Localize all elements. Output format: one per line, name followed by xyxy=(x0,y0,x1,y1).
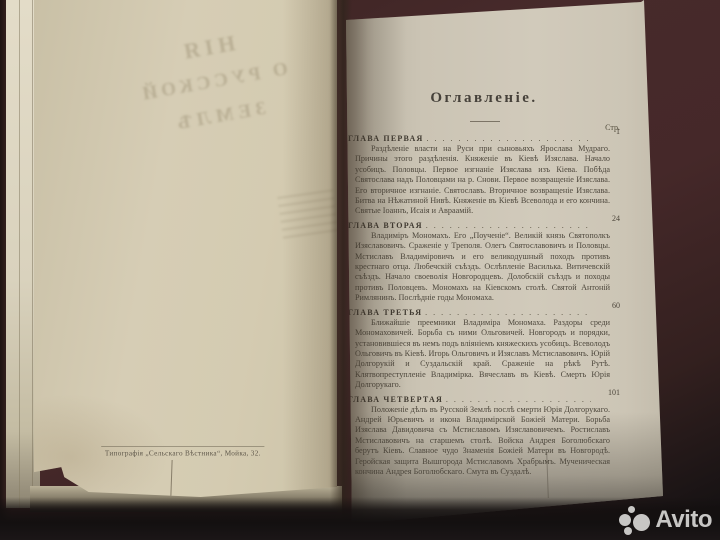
right-page: Оглавленіе. Стр. ГЛАВА ПЕРВАЯ . . . . . … xyxy=(342,0,664,528)
photo-of-open-book: НІЯ О РУССКОЙ ЗЕМЛѢ Типографія „Сельскаг… xyxy=(0,0,720,540)
ghost-title-line: ЗЕМЛѢ xyxy=(101,86,337,149)
imprint-text: Типографія „Сельскаго Вѣстника“, Мойка, … xyxy=(98,449,268,457)
ghost-title-line: О РУССКОЙ xyxy=(95,51,331,114)
avito-wordmark: Avito xyxy=(655,506,712,534)
page-crease xyxy=(170,460,172,496)
ghost-show-through-title: НІЯ О РУССКОЙ ЗЕМЛѢ xyxy=(89,15,347,204)
left-page: НІЯ О РУССКОЙ ЗЕМЛѢ Типографія „Сельскаг… xyxy=(34,0,337,497)
avito-watermark: Avito xyxy=(619,505,712,535)
avito-logo-icon xyxy=(619,505,650,535)
bottom-shadow-overlay xyxy=(342,0,664,528)
ghost-title-line: НІЯ xyxy=(89,15,326,82)
printer-imprint: Типографія „Сельскаго Вѣстника“, Мойка, … xyxy=(98,446,268,457)
imprint-rule xyxy=(101,446,264,447)
table-shadow-bottom xyxy=(0,497,720,540)
